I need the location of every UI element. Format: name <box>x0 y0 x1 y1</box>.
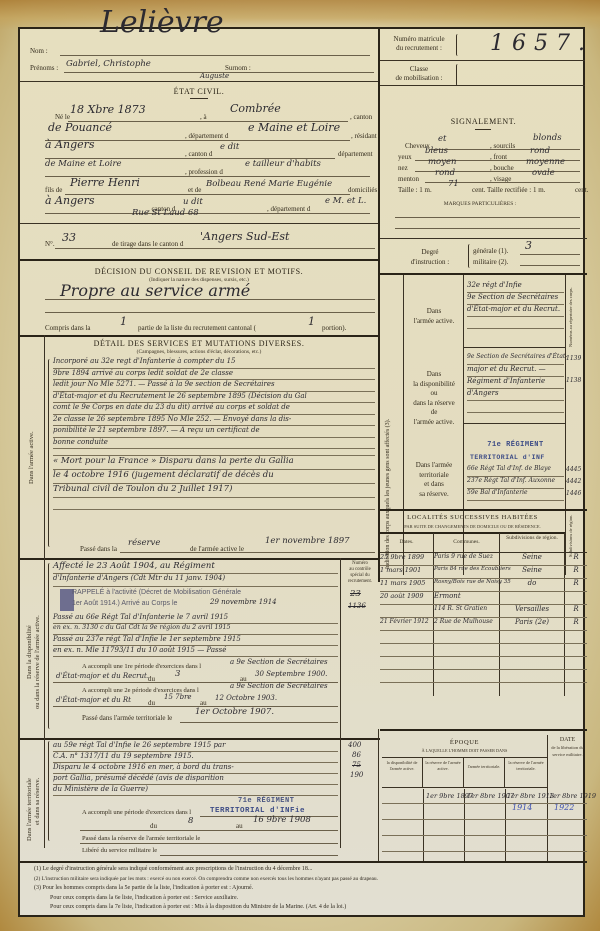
nom-value: Lelièvre <box>100 5 224 40</box>
nom-label: Nom : <box>30 47 48 55</box>
profession-value: e tailleur d'habits <box>245 159 321 169</box>
territorial-side-label-2: et dans sa réserve. <box>34 778 41 825</box>
date-liberation-header: DATE de la libération du service militai… <box>548 737 587 758</box>
instruction-label: Degré d'instruction : <box>395 247 465 267</box>
localites-title: LOCALITÉS SUCCESSIVES HABITÉES <box>380 514 565 521</box>
territorial-periode-du: 8 <box>188 816 193 826</box>
localites-row: 20 août 1909 Ermont <box>380 592 587 605</box>
portion-value: 1 <box>308 315 315 328</box>
residant-value: à Angers <box>45 138 95 151</box>
page-edge <box>0 0 600 30</box>
localites-row: 11 mars 1905 Rosny/Bois rue de Noisy 35 … <box>380 579 587 592</box>
ne-le-label: Né le <box>55 113 70 121</box>
localites-row: 1 mars 1901 Paris 84 rue des Ecoubliers … <box>380 566 587 579</box>
footnotes: (1) Le degré d'instruction générale sera… <box>34 865 579 913</box>
yeux-value: bleus <box>425 146 448 156</box>
surnom-label: Surnom : <box>225 64 251 72</box>
passe-reserve-date: 1er novembre 1897 <box>265 536 350 546</box>
departement2-value: de Maine et Loire <box>45 159 122 169</box>
localites-header-row: Dates. Communes. Subdivisions de région. <box>380 533 587 553</box>
matricule-label: Numéro matricule du recrutement : <box>384 35 454 53</box>
arrive-corps-value: 29 novembre 1914 <box>210 598 277 606</box>
adresse-value: Rue St Laud 68 <box>132 208 199 218</box>
periode2-du-value: 15 7bre <box>164 693 192 701</box>
epoque-reserve-territoriale-blue: 1914 <box>512 803 532 812</box>
pere-value: Pierre Henri <box>70 176 140 189</box>
epoque-reserve-territoriale: 1er 8bre 1913 <box>507 792 554 800</box>
corps-right-col-label: Numéros au répertoire des corps. <box>568 287 573 347</box>
reserve-side-label-1: Dans la disponibilité <box>26 625 33 679</box>
carnet-spec-header: Numéro au contrôle spécial du recrutemen… <box>341 561 379 585</box>
territorial-periode-au: 16 9bre 1908 <box>253 815 311 825</box>
territorial-lines: au 59e régt Tal d'Infie le 26 septembre … <box>53 741 338 796</box>
terr-corps-lines: 66e Régt Tal d'Inf. de Blaye 237e Régt T… <box>467 465 564 501</box>
domicile-value: à Angers <box>45 194 95 207</box>
epoque-title: ÉPOQUE <box>382 739 547 746</box>
active-corps-lines: 32e régt d'Infie 9e Section de Secrétair… <box>467 281 564 329</box>
territorial-side-label-1: Dans l'armée territoriale <box>26 778 33 841</box>
nez-value: moyen <box>428 157 456 167</box>
carnet-spec-value-2: 1136 <box>348 602 366 610</box>
disponibilite-label: Dans la disponibilité ou dans la réserve… <box>405 370 463 427</box>
localites-row: 25 9bre 1899 Paris 9 rue de Suez Seine R <box>380 553 587 566</box>
marques-label: MARQUES PARTICULIÈRES : <box>380 201 580 207</box>
localites-table: Dates. Communes. Subdivisions de région.… <box>380 533 587 696</box>
reserve-lines: Affecté le 23 Août 1904, au Régiment d'I… <box>53 561 338 587</box>
periode1-au-value: 30 Septembre 1900. <box>255 670 327 678</box>
matricule-value: 1657. <box>490 31 593 56</box>
bouche-value: moyenne <box>526 157 565 167</box>
tirage-value: 'Angers Sud-Est <box>200 230 289 243</box>
front-value: rond <box>530 146 550 156</box>
sourcils-value: blonds <box>533 133 562 143</box>
tirage-no-value: 33 <box>62 231 76 244</box>
active-label: Dans l'armée active. <box>405 306 463 326</box>
periode2-au-value: 12 Octobre 1903. <box>215 694 277 702</box>
territoriale-label: Dans l'armée territoriale et dans sa rés… <box>405 461 463 499</box>
prenoms-value-2: Auguste <box>200 72 229 80</box>
localites-row: 21 Février 1912 2 Rue de Mulhouse Paris … <box>380 618 587 631</box>
mort-pour-la-france: « Mort pour la France » Disparu dans la … <box>53 456 375 470</box>
mere-value: Bolbeau René Marie Eugénie <box>206 179 332 189</box>
services-lines: Incorporé au 32e regt d'Infanterie à com… <box>53 357 375 510</box>
canton-value: de Pouancé <box>48 121 112 134</box>
services-side-label: Dans l'armée active. <box>28 431 35 484</box>
epoque-reserve-active: 1er 9bre 1897 <box>426 792 473 800</box>
instruction-generale-value: 3 <box>525 239 532 252</box>
stamp-territorial: TERRITORIAL d'INF <box>470 454 545 461</box>
ne-le-value: 18 Xbre 1873 <box>70 103 146 116</box>
decision-value: Propre au service armé <box>60 281 250 300</box>
epoque-header-row: la disponibilité de l'armée active. la r… <box>382 758 547 788</box>
territorial-stamp-territorial: TERRITORIAL d'INFie <box>210 807 305 815</box>
departement-value: e Maine et Loire <box>248 121 340 134</box>
compris-value: 1 <box>120 315 127 328</box>
stamp-71e-regiment: 71e RÉGIMENT <box>467 441 564 449</box>
visage-value: ovale <box>532 168 555 178</box>
taille-value: 71 <box>448 179 459 189</box>
registre-matricule-sheet: Lelièvre Nom : Prénoms : Gabriel, Christ… <box>18 27 585 917</box>
carnet-spec-value-1: 23 <box>350 589 361 599</box>
classe-label: Classe de mobilisation : <box>384 65 454 83</box>
lieu-naissance-value: Combrée <box>230 102 281 115</box>
services-title: DÉTAIL DES SERVICES ET MUTATIONS DIVERSE… <box>20 339 378 348</box>
date-liberation-value: 1er 8bre 1919 <box>549 792 596 800</box>
rappele-stamp: RAPPELÉ à l'activité (Décret de Mobilisa… <box>60 589 330 613</box>
date-liberation-blue: 1922 <box>554 803 574 812</box>
passe-reserve-value: réserve <box>128 538 160 548</box>
menton-value: rond <box>435 168 455 178</box>
prenoms-value: Gabriel, Christophe <box>66 59 151 69</box>
localites-row: 114 R. St Gratien Versailles R <box>380 605 587 618</box>
periode1-du-value: 3 <box>175 669 180 679</box>
etat-civil-title: ÉTAT CIVIL. <box>20 87 378 96</box>
decision-title: DÉCISION DU CONSEIL DE REVISION ET MOTIF… <box>20 267 378 276</box>
signalement-title: SIGNALEMENT. <box>380 117 587 126</box>
dispo-corps-lines: 9e Section de Secrétaires d'État- major … <box>467 353 564 413</box>
reserve-lines-after: Passé au 66e Régt Tal d'Infanterie le 7 … <box>53 613 338 657</box>
epoque-values: 1er 9bre 1897 1er 8bre 1907 1er 8bre 191… <box>382 789 587 861</box>
territorial-stamp-regiment: 71e RÉGIMENT <box>238 797 294 805</box>
reserve-side-label-2: ou dans la réserve de l'armée active. <box>34 615 41 709</box>
prenoms-label: Prénoms : <box>30 64 58 72</box>
passe-territoriale-value: 1er Octobre 1907. <box>195 707 274 717</box>
